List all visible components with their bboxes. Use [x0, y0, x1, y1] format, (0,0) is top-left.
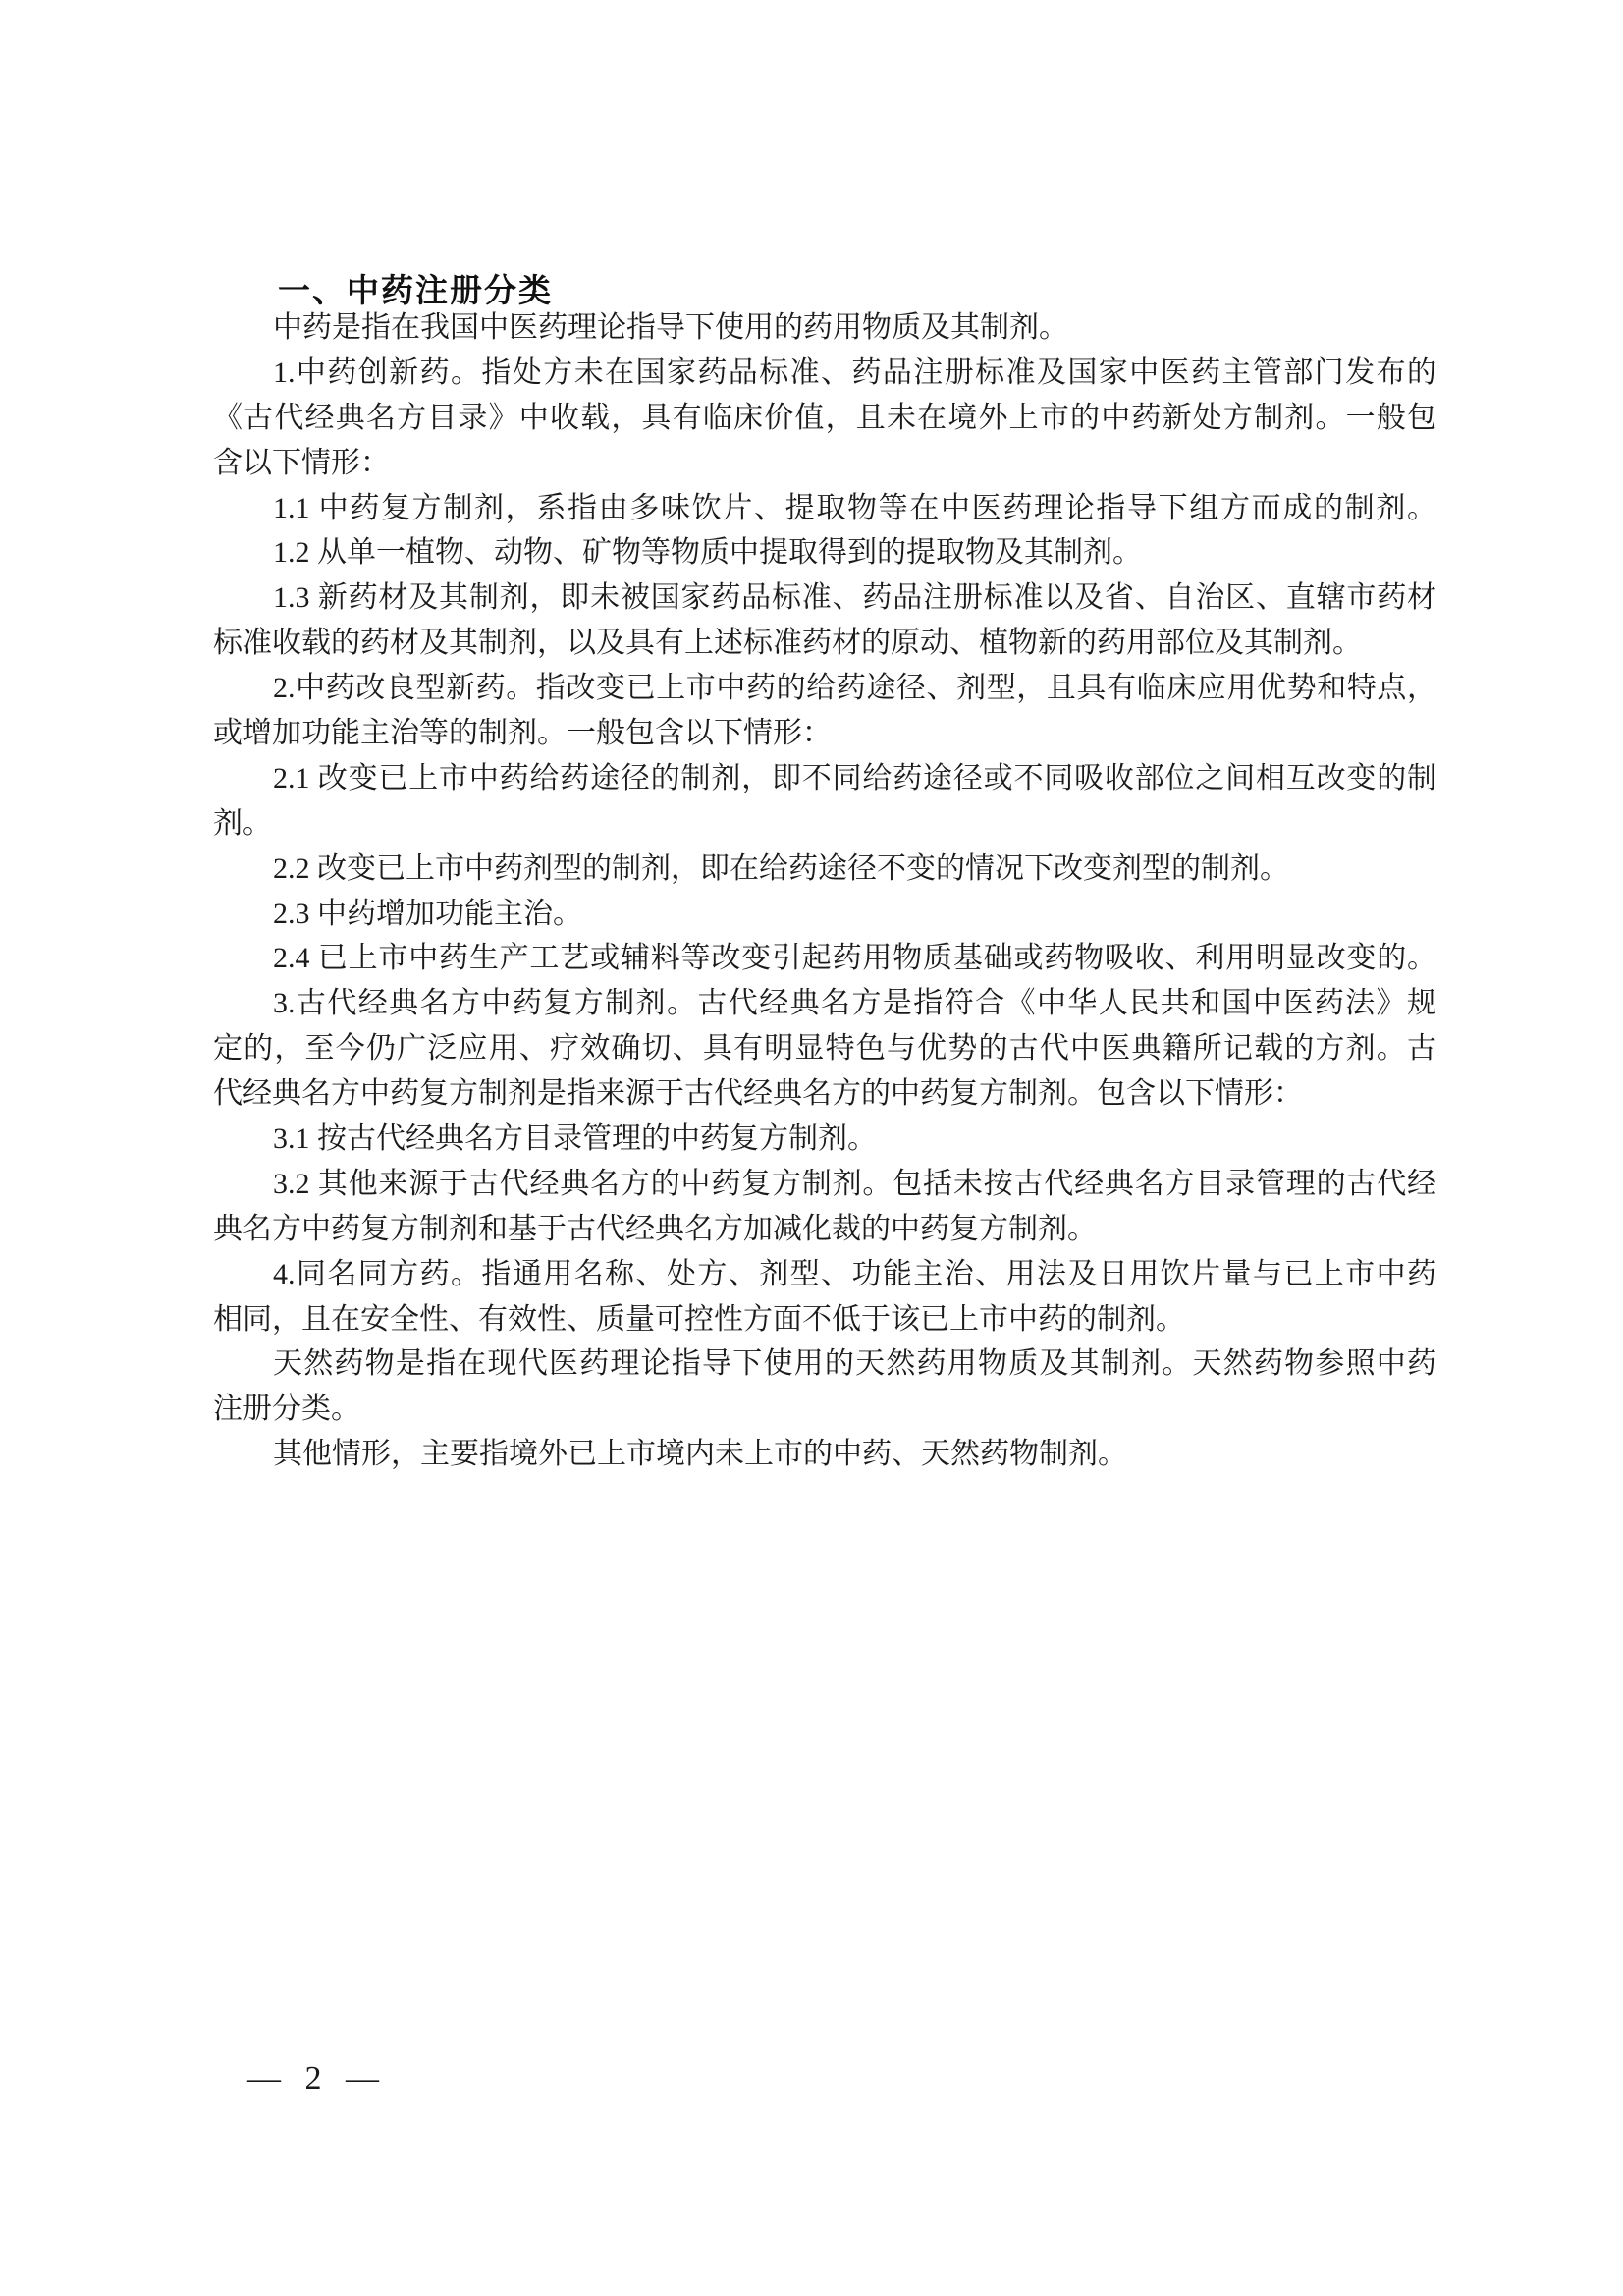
text-line: 其他情形，主要指境外已上市境内未上市的中药、天然药物制剂。	[213, 1432, 1436, 1477]
text-line: 相同，且在安全性、有效性、质量可控性方面不低于该已上市中药的制剂。	[213, 1297, 1436, 1342]
text-line: 1.2 从单一植物、动物、矿物等物质中提取得到的提取物及其制剂。	[213, 530, 1436, 575]
text-line: 或增加功能主治等的制剂。一般包含以下情形：	[213, 711, 1436, 756]
text-line: 剂。	[213, 801, 1436, 847]
text-line: 《古代经典名方目录》中收载，具有临床价值，且未在境外上市的中药新处方制剂。一般包	[213, 396, 1436, 441]
text-line: 典名方中药复方制剂和基于古代经典名方加减化裁的中药复方制剂。	[213, 1207, 1436, 1252]
text-line: 2.中药改良型新药。指改变已上市中药的给药途径、剂型，且具有临床应用优势和特点，	[213, 666, 1436, 711]
section-title: 一、中药注册分类	[213, 265, 553, 311]
text-line: 1.1 中药复方制剂，系指由多味饮片、提取物等在中医药理论指导下组方而成的制剂。	[213, 486, 1436, 531]
text-line: 中药是指在我国中医药理论指导下使用的药用物质及其制剂。	[213, 305, 1436, 351]
text-line: 标准收载的药材及其制剂，以及具有上述标准药材的原动、植物新的药用部位及其制剂。	[213, 621, 1436, 666]
text-line: 代经典名方中药复方制剂是指来源于古代经典名方的中药复方制剂。包含以下情形：	[213, 1071, 1436, 1117]
text-line: 3.古代经典名方中药复方制剂。古代经典名方是指符合《中华人民共和国中医药法》规	[213, 981, 1436, 1026]
text-line: 1.中药创新药。指处方未在国家药品标准、药品注册标准及国家中医药主管部门发布的	[213, 351, 1436, 396]
text-line: 2.1 改变已上市中药给药途径的制剂，即不同给药途径或不同吸收部位之间相互改变的…	[213, 756, 1436, 801]
text-line: 定的，至今仍广泛应用、疗效确切、具有明显特色与优势的古代中医典籍所记载的方剂。古	[213, 1026, 1436, 1071]
document-page: 一、中药注册分类 中药是指在我国中医药理论指导下使用的药用物质及其制剂。1.中药…	[0, 0, 1623, 2296]
text-line: 2.2 改变已上市中药剂型的制剂，即在给药途径不变的情况下改变剂型的制剂。	[213, 847, 1436, 892]
text-line: 3.2 其他来源于古代经典名方的中药复方制剂。包括未按古代经典名方目录管理的古代…	[213, 1162, 1436, 1207]
text-line: 4.同名同方药。指通用名称、处方、剂型、功能主治、用法及日用饮片量与已上市中药	[213, 1252, 1436, 1297]
text-line: 注册分类。	[213, 1387, 1436, 1432]
text-line: 天然药物是指在现代医药理论指导下使用的天然药用物质及其制剂。天然药物参照中药	[213, 1341, 1436, 1387]
text-line: 含以下情形：	[213, 441, 1436, 486]
text-line: 2.3 中药增加功能主治。	[213, 892, 1436, 937]
document-body: 中药是指在我国中医药理论指导下使用的药用物质及其制剂。1.中药创新药。指处方未在…	[213, 305, 1436, 1477]
text-line: 1.3 新药材及其制剂，即未被国家药品标准、药品注册标准以及省、自治区、直辖市药…	[213, 575, 1436, 621]
text-line: 3.1 按古代经典名方目录管理的中药复方制剂。	[213, 1117, 1436, 1162]
page-number: — 2 —	[247, 2060, 387, 2098]
text-line: 2.4 已上市中药生产工艺或辅料等改变引起药用物质基础或药物吸收、利用明显改变的…	[213, 936, 1436, 981]
